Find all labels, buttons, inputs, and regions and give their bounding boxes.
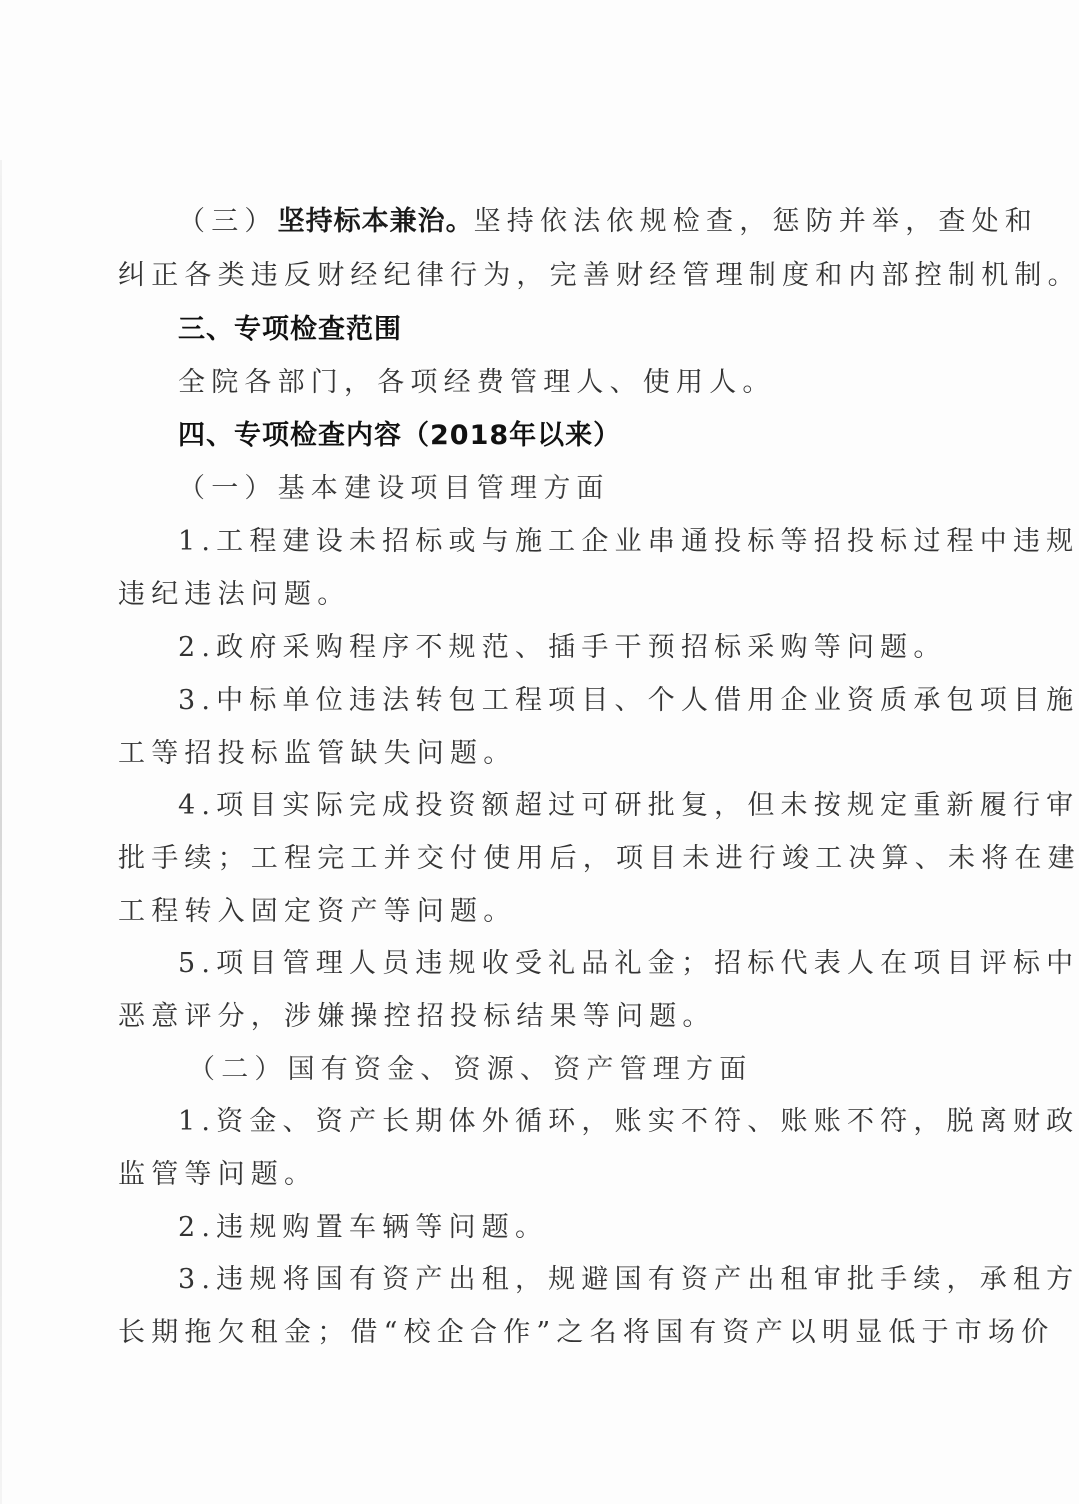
asset-item-1-line2: 监管等问题。 [118,1155,317,1195]
item-1-line1: 1.工程建设未招标或与施工企业串通投标等招投标过程中违规 [178,522,1079,562]
item-5-line1: 5.项目管理人员违规收受礼品礼金；招标代表人在项目评标中 [178,944,1079,984]
document-page: （三）坚持标本兼治。坚持依法依规检查，惩防并举，查处和 纠正各类违反财经纪律行为… [0,0,1079,1504]
principle-title: 坚持标本兼治。 [278,206,474,237]
scope-text: 全院各部门，各项经费管理人、使用人。 [178,363,776,403]
item-1-line2: 违纪违法问题。 [118,575,350,615]
principle-text: 坚持依法依规检查，惩防并举，查处和 [474,206,1038,237]
item-4-line2: 批手续；工程完工并交付使用后，项目未进行竣工决算、未将在建 [118,839,1079,879]
item-3-line1: 3.中标单位违法转包工程项目、个人借用企业资质承包项目施 [178,681,1079,721]
paragraph-principle-3-line2: 纠正各类违反财经纪律行为，完善财经管理制度和内部控制机制。 [118,256,1079,296]
subheading-construction: （一）基本建设项目管理方面 [178,469,610,509]
subheading-assets: （二）国有资金、资源、资产管理方面 [188,1050,752,1090]
asset-item-2-line1: 2.违规购置车辆等问题。 [178,1208,548,1248]
page-edge-shadow [0,160,2,1504]
paragraph-principle-3-line1: （三）坚持标本兼治。坚持依法依规检查，惩防并举，查处和 [178,202,1038,242]
asset-item-1-line1: 1.资金、资产长期体外循环，账实不符、账账不符，脱离财政 [178,1102,1079,1142]
section-heading-content: 四、专项检查内容（2018年以来） [178,416,621,456]
item-4-line1: 4.项目实际完成投资额超过可研批复，但未按规定重新履行审 [178,786,1079,826]
item-4-line3: 工程转入固定资产等问题。 [118,892,516,932]
item-2-line1: 2.政府采购程序不规范、插手干预招标采购等问题。 [178,628,947,668]
asset-item-3-line1: 3.违规将国有资产出租，规避国有资产出租审批手续，承租方 [178,1260,1079,1300]
item-5-line2: 恶意评分，涉嫌操控招投标结果等问题。 [118,997,716,1037]
asset-item-3-line2: 长期拖欠租金；借“校企合作”之名将国有资产以明显低于市场价 [118,1313,1054,1353]
item-3-line2: 工等招投标监管缺失问题。 [118,734,516,774]
principle-number: （三） [178,206,278,237]
section-heading-scope: 三、专项检查范围 [178,310,402,350]
